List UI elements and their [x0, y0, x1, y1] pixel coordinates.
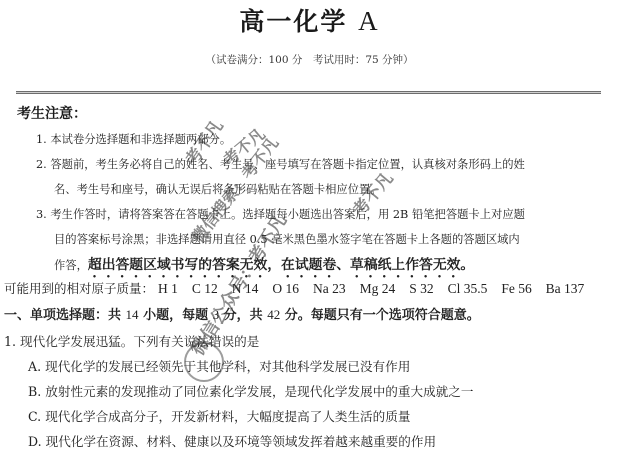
page-title: 高一化学 A: [0, 2, 619, 38]
section-suffix: 分。每题只有一个选项符合题意。: [285, 308, 480, 323]
mass-s: S 32: [409, 281, 433, 296]
mass-cl: Cl 35.5: [448, 281, 488, 296]
points-each: 3: [213, 307, 220, 322]
notice-heading: 考生注意：: [17, 103, 87, 123]
total-points: 42: [267, 307, 280, 322]
notice-item-3-prefix: 作答，: [54, 259, 88, 272]
question-1-option-c: C. 现代化学合成高分子，开发新材料，大幅度提高了人类生活的质量: [28, 406, 410, 425]
mass-c: C 12: [192, 281, 218, 296]
section-mid-1: 小题，每题: [143, 308, 208, 323]
mass-ba: Ba 137: [546, 281, 585, 296]
notice-item-2-line-2: 名、考生号和座号，确认无误后将条形码粘贴在答题卡相应位置。: [54, 181, 382, 197]
mass-n: N 14: [232, 281, 259, 296]
mass-mg: Mg 24: [360, 281, 396, 296]
question-count: 14: [126, 307, 139, 322]
exam-info: （试卷满分：100 分 考试用时：75 分钟）: [0, 52, 619, 67]
mass-na: Na 23: [313, 281, 346, 296]
notice-item-3-line-2: 目的答案标号涂黑；非选择题请用直径 0.5 毫米黑色墨水签字笔在答题卡上各题的答…: [54, 231, 520, 247]
notice-item-3-line-3: 作答，超出答题区域书写的答案无效，在试题卷、草稿纸上作答无效。: [54, 253, 474, 281]
question-1-option-b: B. 放射性元素的发现推动了同位素化学发展，是现代化学发展中的重大成就之一: [28, 381, 473, 400]
header-divider: [16, 91, 601, 94]
mass-o: O 16: [272, 281, 299, 296]
section-prefix: 一、单项选择题：共: [4, 308, 121, 323]
mass-h: H 1: [158, 281, 178, 296]
notice-item-3-line-1: 3. 考生作答时，请将答案答在答题卡上。选择题每小题选出答案后，用 2B 铅笔把…: [36, 206, 525, 222]
section-mid-2: 分，共: [224, 308, 263, 323]
mass-fe: Fe 56: [501, 281, 531, 296]
question-1-stem: 1. 现代化学发展迅猛。下列有关说法错误的是: [4, 331, 259, 350]
watermark-stamp-icon: [184, 342, 224, 382]
section-heading: 一、单项选择题：共 14 小题，每题 3 分，共 42 分。每题只有一个选项符合…: [4, 304, 480, 323]
title-variant: A: [358, 6, 380, 36]
atomic-masses: 可能用到的相对原子质量： H 1 C 12 N 14 O 16 Na 23 Mg…: [4, 279, 584, 297]
title-subject: 高一化学: [239, 7, 347, 36]
notice-item-2-line-1: 2. 答题前，考生务必将自己的姓名、考生号、座号填写在答题卡指定位置，认真核对条…: [36, 156, 525, 172]
notice-item-1: 1. 本试卷分选择题和非选择题两部分。: [36, 131, 231, 147]
notice-emphasis-warning: 超出答题区域书写的答案无效，在试题卷、草稿纸上作答无效。: [88, 257, 474, 273]
atomic-masses-label: 可能用到的相对原子质量：: [4, 281, 154, 296]
question-1-option-d: D. 现代化学在资源、材料、健康以及环境等领域发挥着越来越重要的作用: [28, 431, 436, 450]
